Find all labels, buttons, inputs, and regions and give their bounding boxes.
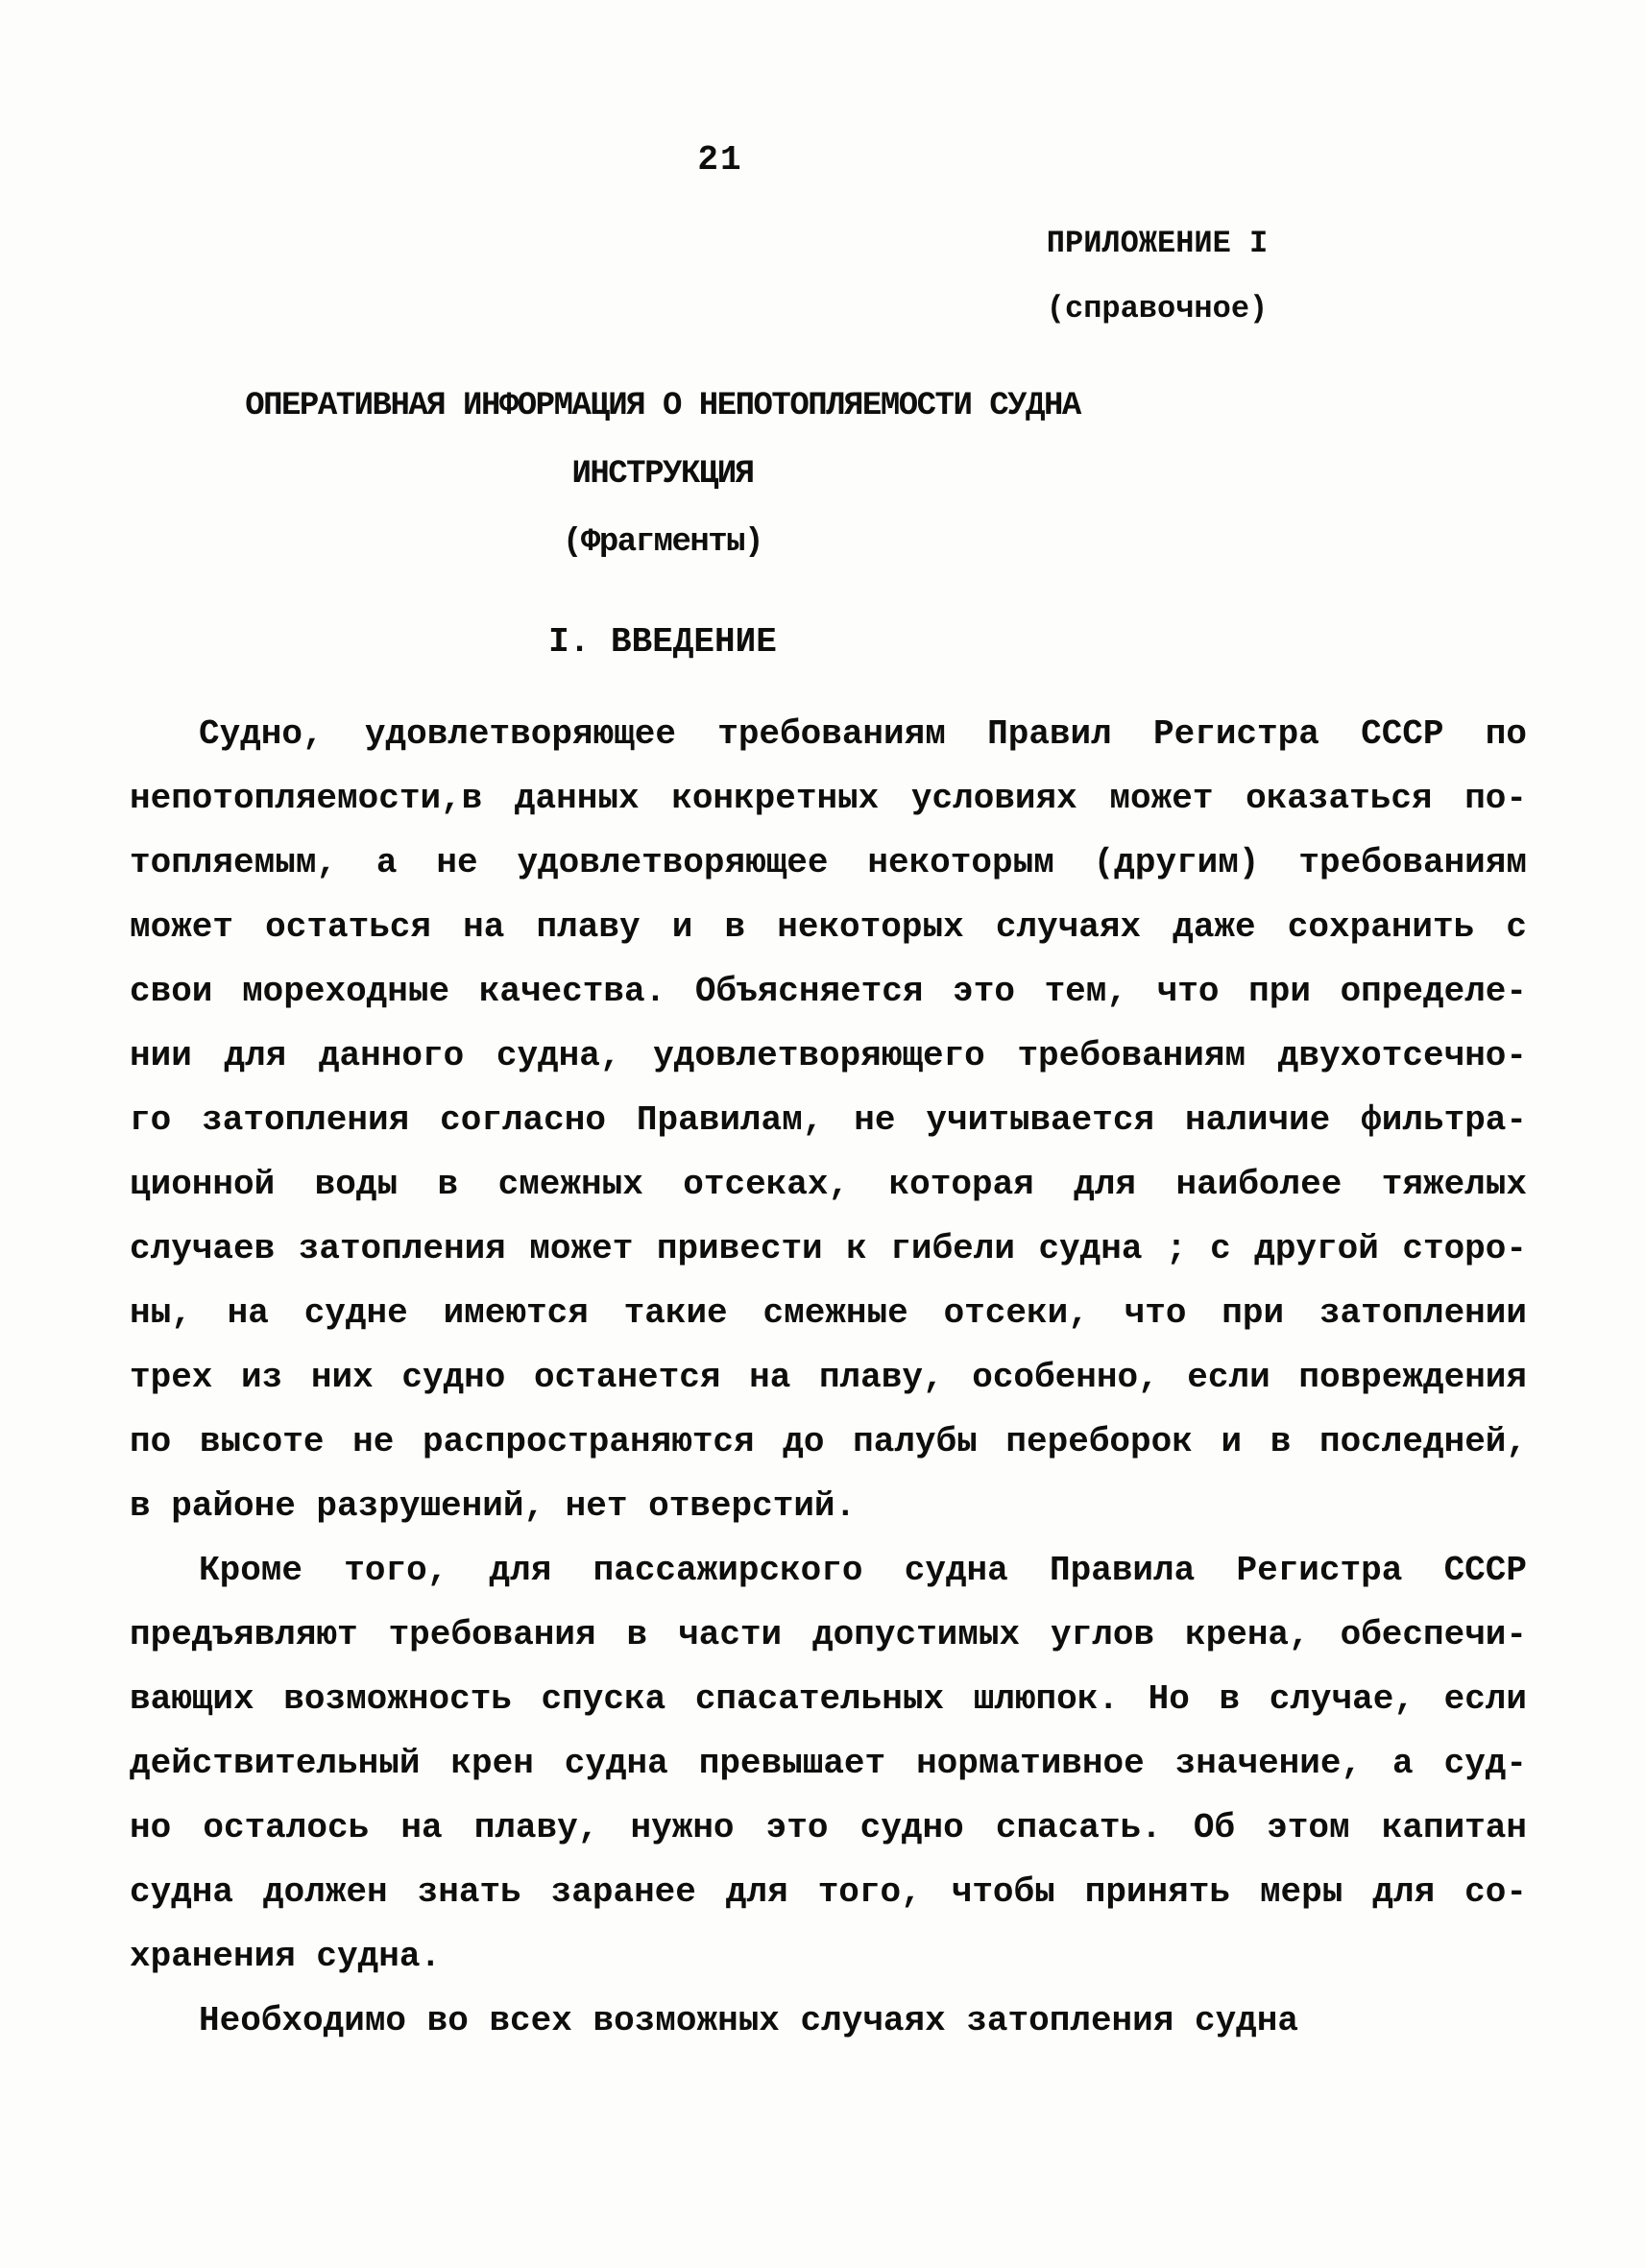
text-line: нии для данного судна, удовлетворяющего … xyxy=(130,1024,1527,1088)
text-line: предъявляют требования в части допустимы… xyxy=(130,1603,1527,1667)
text-line: Необходимо во всех возможных случаях зат… xyxy=(130,1989,1527,2053)
document-subtitle: ИНСТРУКЦИЯ xyxy=(86,441,1239,509)
section-heading: I. ВВЕДЕНИЕ xyxy=(86,622,1239,662)
annex-label: ПРИЛОЖЕНИЕ I xyxy=(960,211,1354,277)
text-line: свои мореходные качества. Объясняется эт… xyxy=(130,959,1527,1024)
text-line: хранения судна. xyxy=(130,1924,1527,1989)
body-text: Судно, удовлетворяющее требованиям Прави… xyxy=(130,702,1527,2053)
text-line: в районе разрушений, нет отверстий. xyxy=(130,1474,1527,1538)
scanned-document-page: 21 ПРИЛОЖЕНИЕ I (справочное) ОПЕРАТИВНАЯ… xyxy=(0,0,1645,2268)
text-line: действительный крен судна превышает норм… xyxy=(130,1731,1527,1796)
text-line: непотопляемости,в данных конкретных усло… xyxy=(130,766,1527,831)
text-line: топляемым, а не удовлетворяющее некоторы… xyxy=(130,831,1527,895)
annex-subtitle: (справочное) xyxy=(960,277,1354,342)
annex-block: ПРИЛОЖЕНИЕ I (справочное) xyxy=(960,211,1354,342)
document-title-block: ОПЕРАТИВНАЯ ИНФОРМАЦИЯ О НЕПОТОПЛЯЕМОСТИ… xyxy=(86,373,1239,577)
document-title: ОПЕРАТИВНАЯ ИНФОРМАЦИЯ О НЕПОТОПЛЯЕМОСТИ… xyxy=(86,373,1239,441)
text-line: но осталось на плаву, нужно это судно сп… xyxy=(130,1796,1527,1860)
text-line: ны, на судне имеются такие смежные отсек… xyxy=(130,1281,1527,1345)
text-line: по высоте не распространяются до палубы … xyxy=(130,1410,1527,1474)
text-line: может остаться на плаву и в некоторых сл… xyxy=(130,895,1527,959)
text-line: вающих возможность спуска спасательных ш… xyxy=(130,1667,1527,1731)
text-line: Судно, удовлетворяющее требованиям Прави… xyxy=(130,702,1527,766)
text-line: судна должен знать заранее для того, что… xyxy=(130,1860,1527,1924)
text-line: го затопления согласно Правилам, не учит… xyxy=(130,1088,1527,1152)
text-line: трех из них судно останется на плаву, ос… xyxy=(130,1345,1527,1410)
text-line: Кроме того, для пассажирского судна Прав… xyxy=(130,1538,1527,1603)
text-line: ционной воды в смежных отсеках, которая … xyxy=(130,1152,1527,1217)
page-number: 21 xyxy=(663,140,778,180)
text-line: случаев затопления может привести к гибе… xyxy=(130,1217,1527,1281)
document-subtitle-note: (Фрагменты) xyxy=(86,509,1239,577)
